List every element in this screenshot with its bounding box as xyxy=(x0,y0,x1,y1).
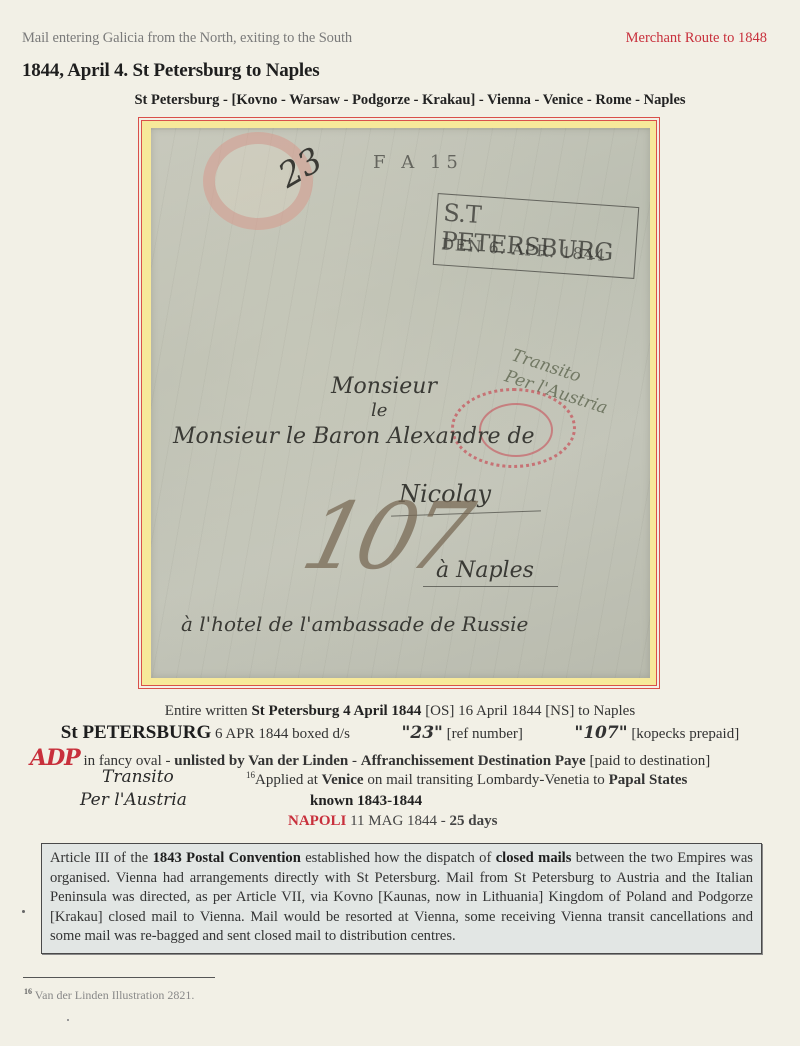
caption-line-applied: 16Applied at Venice on mail transiting L… xyxy=(246,770,687,789)
address-line-2: le xyxy=(371,400,387,421)
footnote-number: 16 xyxy=(24,987,32,996)
page-subtitle: Mail entering Galicia from the North, ex… xyxy=(22,30,352,47)
caption-text: on mail transiting Lombardy-Venetia to xyxy=(364,772,609,788)
caption-line-arrival: NAPOLI 11 MAG 1844 - 25 days xyxy=(288,813,497,830)
per-austria-label: Per l'Austria xyxy=(80,790,187,810)
footnote-text: Van der Linden Illustration 2821. xyxy=(32,988,194,1002)
fold-line xyxy=(151,128,650,130)
st-petersburg-boxed-postmark: S.T PETERSBURG DEN 6. APR. 1844 xyxy=(433,193,640,279)
ref-number-label: [ref number] xyxy=(443,726,523,742)
adp-label: ADP xyxy=(30,745,80,771)
corner-mark: F A 15 xyxy=(373,152,463,173)
naples-underline xyxy=(423,586,558,587)
note-bold: closed mails xyxy=(496,850,572,866)
caption-bold: unlisted by Van der Linden xyxy=(174,753,348,769)
caption-bold: Affranchissement Destination Paye xyxy=(361,753,586,769)
caption-text: [paid to destination] xyxy=(586,753,711,769)
arrival-city: NAPOLI xyxy=(288,813,346,829)
note-bold: 1843 Postal Convention xyxy=(153,850,301,866)
kopecks-value: "107" xyxy=(574,723,627,743)
caption-text: [OS] 16 April 1844 [NS] to Naples xyxy=(421,703,635,719)
caption-line-written: Entire written St Petersburg 4 April 184… xyxy=(0,703,800,720)
footnote-divider xyxy=(23,977,215,978)
note-text: established how the dispatch of xyxy=(301,850,496,866)
caption-bold: Papal States xyxy=(609,772,688,788)
cover-image: 23 F A 15 S.T PETERSBURG DEN 6. APR. 184… xyxy=(151,128,650,678)
footnote: 16 Van der Linden Illustration 2821. xyxy=(24,987,194,1003)
address-line-3: Monsieur le Baron Alexandre de xyxy=(173,424,535,449)
address-line-6: à l'hotel de l'ambassade de Russie xyxy=(181,612,528,636)
footnote-reference: 16 xyxy=(246,770,255,780)
stray-mark xyxy=(67,1019,69,1021)
postmark-date-text: 6 APR 1844 boxed d/s xyxy=(211,726,350,742)
known-period: known 1843-1844 xyxy=(310,793,422,810)
transito-label: Transito xyxy=(102,767,174,787)
address-line-5: à Naples xyxy=(436,558,534,583)
caption-text: Entire written xyxy=(165,703,252,719)
ref-number-value: "23" xyxy=(402,723,443,743)
kopecks-label: [kopecks prepaid] xyxy=(628,726,740,742)
note-text: Article III of the xyxy=(50,850,153,866)
caption-bold: St Petersburg 4 April 1844 xyxy=(251,703,421,719)
caption-bold: Venice xyxy=(322,772,364,788)
transit-days: 25 days xyxy=(450,813,498,829)
caption-text: - xyxy=(348,753,361,769)
margin-dot xyxy=(22,910,25,913)
arrival-date: 11 MAG 1844 - xyxy=(346,813,449,829)
postmark-name: St PETERSBURG xyxy=(61,722,211,743)
address-line-1: Monsieur xyxy=(331,374,437,399)
caption-text: Applied at xyxy=(255,772,322,788)
caption-line-postmark: St PETERSBURG 6 APR 1844 boxed d/s "23" … xyxy=(0,722,800,744)
section-label: Merchant Route to 1848 xyxy=(626,30,767,47)
history-note-box: Article III of the 1843 Postal Conventio… xyxy=(41,843,762,954)
route-line: St Petersburg - [Kovno - Warsaw - Podgor… xyxy=(0,92,800,109)
page-title: 1844, April 4. St Petersburg to Naples xyxy=(22,60,319,82)
